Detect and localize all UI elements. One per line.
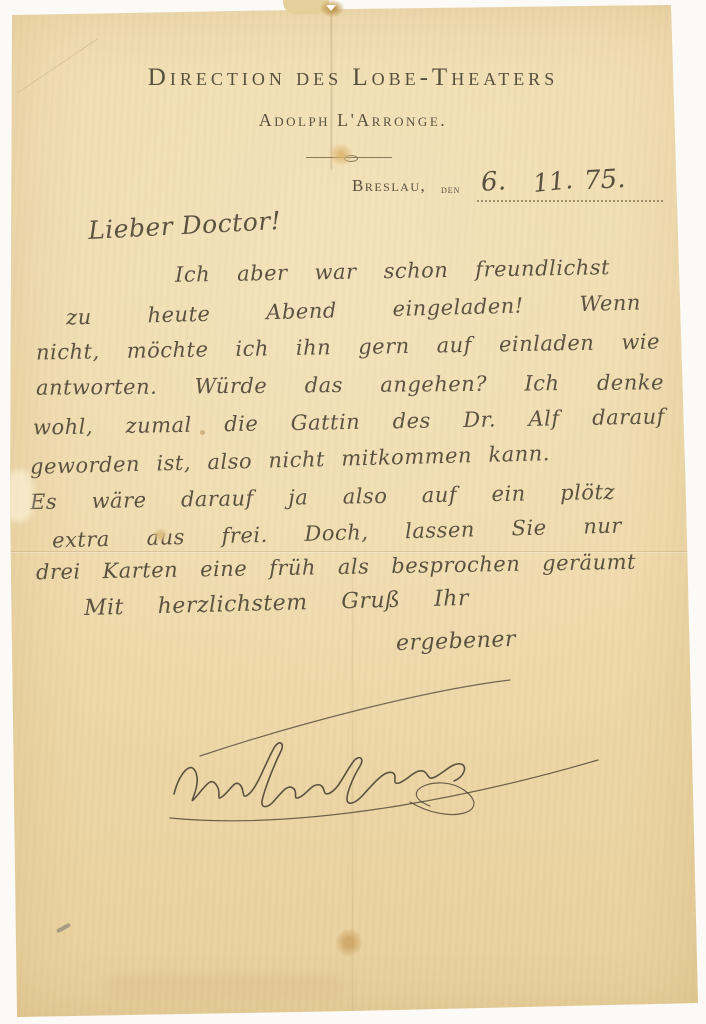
handwriting-line: antworten. Würde das angehen? Ich denke [36,371,664,400]
handwriting-line: drei Karten eine früh als besprochen ger… [36,551,636,585]
scan-background: Direction des Lobe-Theaters Adolph L'Arr… [0,0,706,1024]
handwriting-line: Lieber Doctor! [87,207,281,245]
handwriting-line: geworden ist, also nicht mitkommen kann. [30,442,550,479]
signature-name-stroke [174,743,465,807]
signature-upper-flourish [200,680,510,756]
handwriting-line: nicht, möchte ich ihn gern auf einladen … [36,331,660,365]
signature [166,672,604,826]
handwriting-line: Es wäre darauf ja also auf ein plötz [30,481,615,514]
handwriting-line: ergebener [396,628,517,656]
signature-underline-flourish [170,760,598,821]
letter-paper: Direction des Lobe-Theaters Adolph L'Arr… [0,0,706,1024]
handwriting-line: wohl, zumal die Gattin des Dr. Alf darau… [33,405,665,439]
handwriting-line: Mit herzlichstem Gruß Ihr [84,587,470,621]
handwriting-line: extra aus frei. Doch, lassen Sie nur [52,515,622,553]
handwriting-line: Ich aber war schon freundlichst [175,256,610,287]
handwriting-layer: Lieber Doctor!Ich aber war schon freundl… [0,0,706,1024]
handwriting-line: zu heute Abend eingeladen! Wenn [66,291,641,329]
